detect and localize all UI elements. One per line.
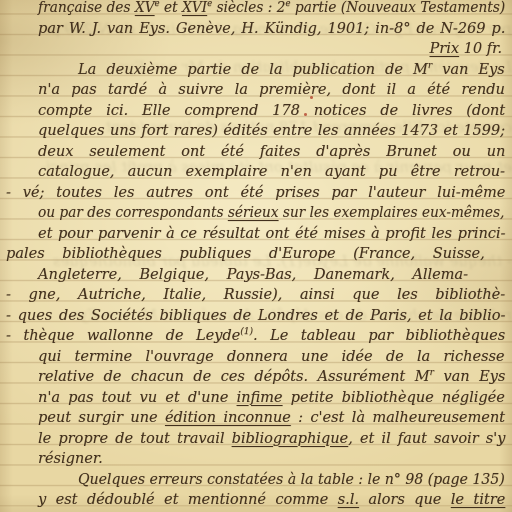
handwritten-text: qui termine l'ouvrage donnera une idée d… [38, 349, 505, 365]
manuscript-line: - gne, Autriche, Italie, Russie), ainsi … [6, 285, 505, 305]
handwritten-text: petite bibliothèque négligée [283, 390, 505, 406]
handwritten-text: - gne, Autriche, Italie, Russie), ainsi … [6, 287, 505, 303]
underlined-text: sérieux [228, 205, 279, 221]
manuscript-line: - vé; toutes les autres ont été prises p… [6, 183, 505, 203]
handwritten-text: : c'est là malheureusement [291, 410, 505, 426]
handwritten-text: compte ici. Elle comprend 178 notices de… [38, 103, 505, 119]
handwritten-text: résigner. [38, 451, 103, 467]
handwritten-text: alors que [359, 492, 451, 508]
manuscript-line: française des XVe et XVIe siècles : 2e p… [38, 0, 505, 18]
manuscript-line: catalogue, aucun exemplaire n'en ayant p… [38, 162, 505, 182]
handwritten-text: 10 fr. [459, 41, 502, 57]
manuscript-line: pales bibliothèques publiques d'Europe (… [6, 244, 485, 264]
manuscript-line: par W. J. van Eys. Genève, H. Kündig, 19… [38, 19, 505, 39]
handwritten-text: ou par des correspondants [38, 205, 228, 221]
manuscript-line: - thèque wallonne de Leyde(1). Le tablea… [6, 326, 505, 346]
manuscript-line: résigner. [38, 449, 103, 469]
manuscript-line: y est dédoublé et mentionné comme s.l. a… [38, 490, 505, 510]
underlined-text: bibliographique [232, 431, 349, 447]
underlined-text: XVI [182, 0, 207, 16]
handwritten-text: y est dédoublé et mentionné comme [38, 492, 338, 508]
manuscript-line: relative de chacun de ces dépôts. Assuré… [38, 367, 505, 387]
handwritten-text: pales bibliothèques publiques d'Europe (… [6, 246, 485, 262]
handwritten-text: le propre de tout travail [38, 431, 232, 447]
handwritten-text: - vé; toutes les autres ont été prises p… [6, 185, 505, 201]
handwritten-text: La deuxième partie de la publication de … [78, 62, 428, 78]
handwritten-text: quelques uns fort rares) édités entre le… [38, 123, 505, 139]
manuscript-line: - ques des Sociétés bibliques de Londres… [6, 306, 505, 326]
manuscript-line: et pour parvenir à ce résultat ont été m… [38, 224, 505, 244]
handwritten-text: deux seulement ont été faites d'après Br… [38, 144, 505, 160]
handwritten-text: peut surgir une [38, 410, 165, 426]
manuscript-line: n'a pas tout vu et d'une infime petite b… [38, 388, 505, 408]
handwritten-text: catalogue, aucun exemplaire n'en ayant p… [38, 164, 505, 180]
manuscript-text: française des XVe et XVIe siècles : 2e p… [0, 0, 512, 512]
handwritten-text: , et il faut savoir s'y [348, 431, 505, 447]
handwritten-text: . Le tableau par bibliothèques [253, 328, 505, 344]
underlined-text: le titre [451, 492, 505, 508]
manuscript-line: n'a pas tardé à suivre la première, dont… [38, 80, 505, 100]
handwritten-text: partie (Nouveaux Testaments) [290, 0, 505, 16]
superscript-text: (1) [240, 327, 253, 337]
handwritten-text: - ques des Sociétés bibliques de Londres… [6, 308, 505, 324]
manuscript-line: Quelques erreurs constatées à la table :… [78, 470, 505, 490]
manuscript-line: quelques uns fort rares) édités entre le… [38, 121, 505, 141]
underlined-text: s.l. [338, 492, 359, 508]
handwritten-text: relative de chacun de ces dépôts. Assuré… [38, 369, 430, 385]
manuscript-line: compte ici. Elle comprend 178 notices de… [38, 101, 505, 121]
underlined-text: édition inconnue [165, 410, 291, 426]
handwritten-text: siècles : 2 [212, 0, 285, 16]
manuscript-page: par W. J. van Eys. Genève, H. Kündig, 19… [0, 0, 512, 512]
underlined-text: XV [135, 0, 155, 16]
underlined-text: infime [237, 390, 283, 406]
ink-speck [310, 96, 313, 99]
manuscript-line: ou par des correspondants sérieux sur le… [38, 203, 504, 223]
manuscript-line: Prix 10 fr. [430, 39, 503, 59]
ink-speck [304, 113, 307, 116]
handwritten-text: n'a pas tout vu et d'une [38, 390, 237, 406]
handwritten-text: - thèque wallonne de Leyde [6, 328, 240, 344]
handwritten-text: et [160, 0, 182, 16]
manuscript-line: le propre de tout travail bibliographiqu… [38, 429, 505, 449]
handwritten-text: van Eys [434, 369, 505, 385]
manuscript-line: Angleterre, Belgique, Pays-Bas, Danemark… [38, 265, 468, 285]
handwritten-text: Quelques erreurs constatées à la table :… [78, 472, 505, 488]
handwritten-text: Angleterre, Belgique, Pays-Bas, Danemark… [38, 267, 468, 283]
manuscript-line: deux seulement ont été faites d'après Br… [38, 142, 505, 162]
handwritten-text: et pour parvenir à ce résultat ont été m… [38, 226, 505, 242]
manuscript-line: qui termine l'ouvrage donnera une idée d… [38, 347, 505, 367]
handwritten-text: van Eys [432, 62, 505, 78]
underlined-text: Prix [430, 41, 460, 57]
handwritten-text: n'a pas tardé à suivre la première, dont… [38, 82, 505, 98]
handwritten-text: sur les exemplaires eux-mêmes, [278, 205, 504, 221]
handwritten-text: par W. J. van Eys. Genève, H. Kündig, 19… [38, 21, 505, 37]
manuscript-line: La deuxième partie de la publication de … [78, 60, 505, 80]
manuscript-line: peut surgir une édition inconnue : c'est… [38, 408, 505, 428]
handwritten-text: française des [38, 0, 135, 16]
